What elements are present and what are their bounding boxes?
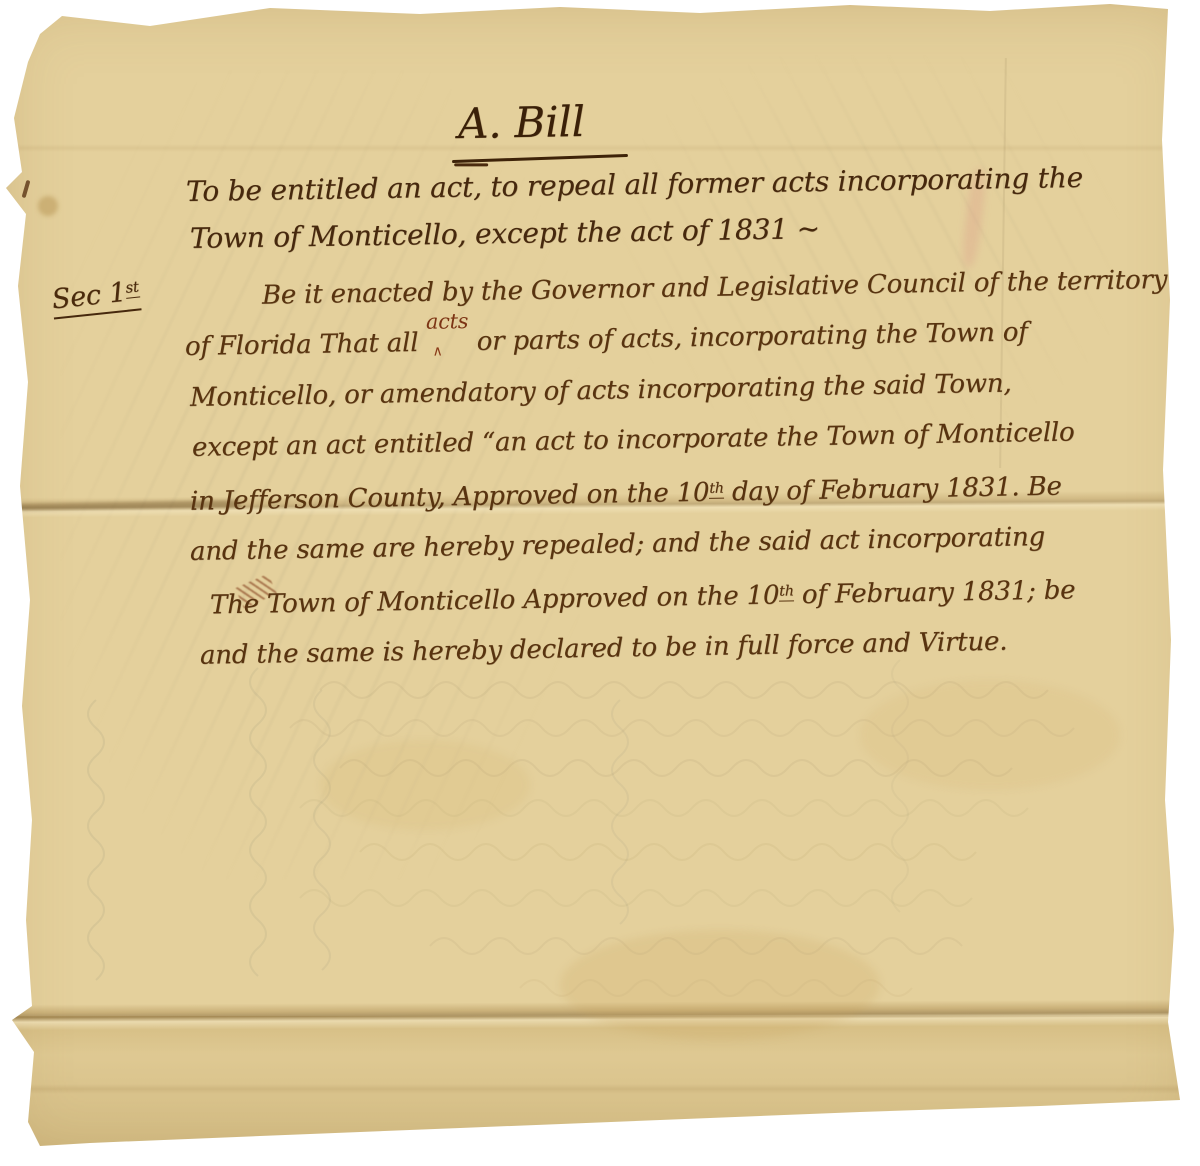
scan-background: A. Bill To be entitled an act, to repeal… xyxy=(0,0,1200,1166)
enactment-paragraph: Be it enacted by the Governor and Legisl… xyxy=(185,272,1167,681)
lower-fold-band xyxy=(0,1016,1180,1146)
paper-stain xyxy=(320,740,530,830)
paper-stain xyxy=(38,196,58,216)
section-label: Sec 1 xyxy=(50,277,127,316)
inserted-word: acts xyxy=(426,296,469,347)
superscript: th xyxy=(709,481,724,499)
paper-sheet: A. Bill To be entitled an act, to repeal… xyxy=(0,0,1200,1166)
ink-mark xyxy=(22,180,31,198)
preamble: To be entitled an act, to repeal all for… xyxy=(186,168,1083,262)
paper-stain xyxy=(860,680,1120,790)
document-title: A. Bill xyxy=(458,97,586,148)
superscript: th xyxy=(779,583,794,601)
superscript: st xyxy=(125,277,140,298)
paper-stain xyxy=(560,930,880,1040)
